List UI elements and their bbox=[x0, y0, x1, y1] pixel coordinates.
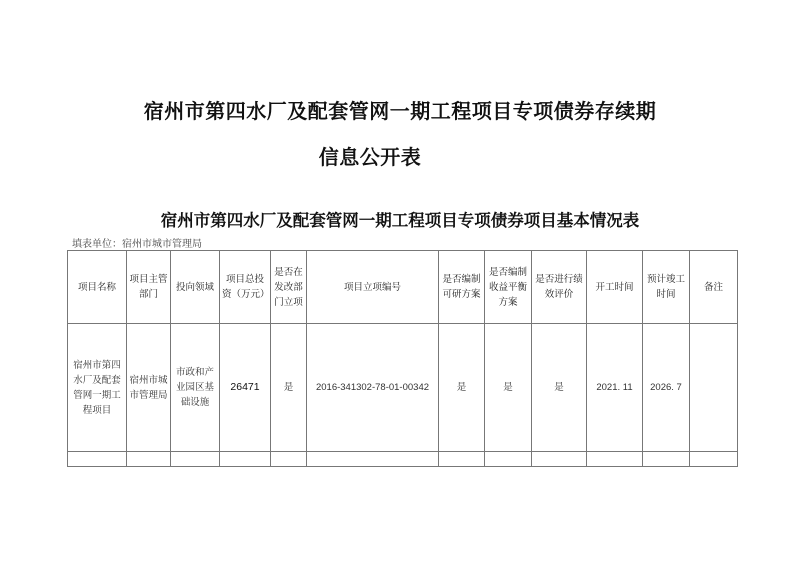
header-remarks: 备注 bbox=[690, 251, 738, 324]
table-header-row: 项目名称 项目主管部门 投向领域 项目总投资（万元） 是否在发改部门立项 项目立… bbox=[68, 251, 738, 324]
header-start-date: 开工时间 bbox=[587, 251, 643, 324]
header-approval-number: 项目立项编号 bbox=[307, 251, 439, 324]
header-expected-completion: 预计竣工时间 bbox=[643, 251, 690, 324]
table-row-empty bbox=[68, 452, 738, 467]
cell-revenue-balance-plan: 是 bbox=[485, 324, 532, 452]
empty-cell bbox=[439, 452, 485, 467]
header-project-name: 项目名称 bbox=[68, 251, 127, 324]
empty-cell bbox=[171, 452, 220, 467]
cell-total-investment: 26471 bbox=[220, 324, 271, 452]
header-revenue-balance-plan: 是否编制收益平衡方案 bbox=[485, 251, 532, 324]
empty-cell bbox=[643, 452, 690, 467]
header-total-investment: 项目总投资（万元） bbox=[220, 251, 271, 324]
header-department: 项目主管部门 bbox=[127, 251, 171, 324]
header-field: 投向领域 bbox=[171, 251, 220, 324]
fill-unit-label: 填表单位：宿州市城市管理局 bbox=[72, 235, 202, 250]
empty-cell bbox=[307, 452, 439, 467]
empty-cell bbox=[690, 452, 738, 467]
cell-field: 市政和产业园区基础设施 bbox=[171, 324, 220, 452]
header-feasibility-plan: 是否编制可研方案 bbox=[439, 251, 485, 324]
header-performance-evaluation: 是否进行绩效评价 bbox=[532, 251, 587, 324]
project-info-table: 项目名称 项目主管部门 投向领域 项目总投资（万元） 是否在发改部门立项 项目立… bbox=[67, 250, 738, 467]
empty-cell bbox=[271, 452, 307, 467]
header-ndrc-approved: 是否在发改部门立项 bbox=[271, 251, 307, 324]
cell-ndrc-approved: 是 bbox=[271, 324, 307, 452]
cell-start-date: 2021. 11 bbox=[587, 324, 643, 452]
empty-cell bbox=[532, 452, 587, 467]
empty-cell bbox=[220, 452, 271, 467]
cell-approval-number: 2016-341302-78-01-00342 bbox=[307, 324, 439, 452]
table-row: 宿州市第四水厂及配套管网一期工程项目 宿州市城市管理局 市政和产业园区基础设施 … bbox=[68, 324, 738, 452]
empty-cell bbox=[68, 452, 127, 467]
document-title-line2: 信息公开表 bbox=[0, 141, 740, 170]
cell-expected-completion: 2026. 7 bbox=[643, 324, 690, 452]
cell-remarks bbox=[690, 324, 738, 452]
empty-cell bbox=[587, 452, 643, 467]
empty-cell bbox=[127, 452, 171, 467]
cell-project-name: 宿州市第四水厂及配套管网一期工程项目 bbox=[68, 324, 127, 452]
empty-cell bbox=[485, 452, 532, 467]
cell-department: 宿州市城市管理局 bbox=[127, 324, 171, 452]
cell-feasibility-plan: 是 bbox=[439, 324, 485, 452]
document-title-line1: 宿州市第四水厂及配套管网一期工程项目专项债券存续期 bbox=[0, 95, 800, 124]
cell-performance-evaluation: 是 bbox=[532, 324, 587, 452]
table-title: 宿州市第四水厂及配套管网一期工程项目专项债券项目基本情况表 bbox=[0, 207, 800, 231]
